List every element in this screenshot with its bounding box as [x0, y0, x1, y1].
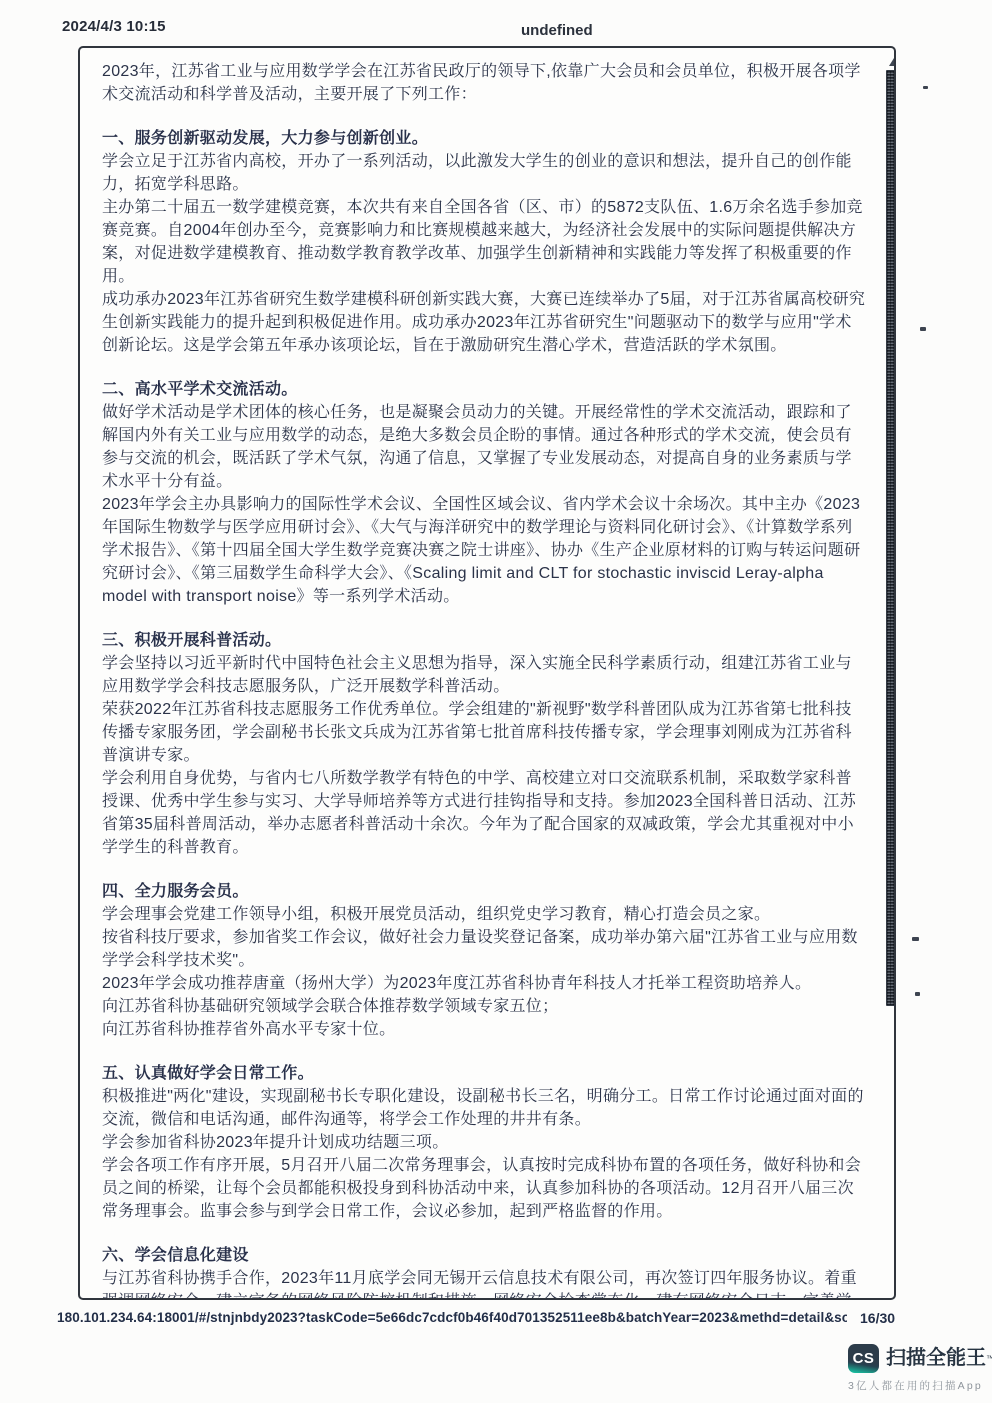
- section-1: 一、服务创新驱动发展，大力参与创新创业。 学会立足于江苏省内高校，开办了一系列活…: [102, 127, 866, 357]
- scrollbar-thumb[interactable]: [886, 70, 897, 1006]
- section-heading: 六、学会信息化建设: [102, 1244, 866, 1267]
- section-4: 四、全力服务会员。 学会理事会党建工作领导小组，积极开展党员活动，组织党史学习教…: [102, 880, 866, 1041]
- scan-speck: [912, 937, 919, 941]
- section-heading: 五、认真做好学会日常工作。: [102, 1062, 866, 1085]
- section-3: 三、积极开展科普活动。 学会坚持以习近平新时代中国特色社会主义思想为指导，深入实…: [102, 629, 866, 859]
- camscanner-tagline: 3亿人都在用的扫描App: [848, 1378, 980, 1393]
- document-frame: 2023年，江苏省工业与应用数学学会在江苏省民政厅的领导下,依靠广大会员和会员单…: [78, 46, 896, 1300]
- section-paragraph: 2023年学会成功推荐唐童（扬州大学）为2023年度江苏省科协青年科技人才托举工…: [102, 972, 866, 995]
- section-paragraph: 向江苏省科协推荐省外高水平专家十位。: [102, 1018, 866, 1041]
- section-paragraph: 学会各项工作有序开展，5月召开八届二次常务理事会，认真按时完成科协布置的各项任务…: [102, 1154, 866, 1223]
- section-heading: 四、全力服务会员。: [102, 880, 866, 903]
- section-paragraph: 与江苏省科协携手合作，2023年11月底学会同无锡开云信息技术有限公司，再次签订…: [102, 1267, 866, 1300]
- page-indicator: 16/30: [860, 1310, 895, 1326]
- camscanner-app-name-text: 扫描全能王: [886, 1347, 986, 1369]
- section-paragraph: 学会利用自身优势，与省内七八所数学教学有特色的中学、高校建立对口交流联系机制，采…: [102, 767, 866, 859]
- camscanner-logo-text: CS: [853, 1350, 875, 1367]
- camscanner-watermark: CS 扫描全能王™ 3亿人都在用的扫描App: [848, 1344, 980, 1393]
- intro-paragraph: 2023年，江苏省工业与应用数学学会在江苏省民政厅的领导下,依靠广大会员和会员单…: [102, 60, 866, 106]
- section-paragraph: 2023年学会主办具影响力的国际性学术会议、全国性区域会议、省内学术会议十余场次…: [102, 493, 866, 608]
- section-5: 五、认真做好学会日常工作。 积极推进"两化"建设，实现副秘书长专职化建设，设副秘…: [102, 1062, 866, 1223]
- scan-speck: [923, 86, 928, 89]
- section-paragraph: 学会立足于江苏省内高校，开办了一系列活动，以此激发大学生的创业的意识和想法，提升…: [102, 150, 866, 196]
- section-paragraph: 学会坚持以习近平新时代中国特色社会主义思想为指导，深入实施全民科学素质行动，组建…: [102, 652, 866, 698]
- section-heading: 一、服务创新驱动发展，大力参与创新创业。: [102, 127, 866, 150]
- section-heading: 二、高水平学术交流活动。: [102, 378, 866, 401]
- camscanner-logo-icon: CS: [848, 1344, 879, 1373]
- section-paragraph: 按省科技厅要求，参加省奖工作会议，做好社会力量设奖登记备案，成功举办第六届"江苏…: [102, 926, 866, 972]
- section-paragraph: 向江苏省科协基础研究领域学会联合体推荐数学领域专家五位；: [102, 995, 866, 1018]
- section-2: 二、高水平学术交流活动。 做好学术活动是学术团体的核心任务，也是凝聚会员动力的关…: [102, 378, 866, 608]
- scan-speck: [915, 992, 920, 996]
- print-page-title: undefined: [521, 22, 593, 39]
- section-paragraph: 荣获2022年江苏省科技志愿服务工作优秀单位。学会组建的"新视野"数学科普团队成…: [102, 698, 866, 767]
- scrollbar-up-arrow-icon[interactable]: [889, 58, 897, 66]
- scrollbar[interactable]: [885, 58, 896, 1006]
- section-paragraph: 学会参加省科协2023年提升计划成功结题三项。: [102, 1131, 866, 1154]
- section-6: 六、学会信息化建设 与江苏省科协携手合作，2023年11月底学会同无锡开云信息技…: [102, 1244, 866, 1300]
- section-paragraph: 成功承办2023年江苏省研究生数学建模科研创新实践大赛，大赛已连续举办了5届，对…: [102, 288, 866, 357]
- section-paragraph: 学会理事会党建工作领导小组，积极开展党员活动，组织党史学习教育，精心打造会员之家…: [102, 903, 866, 926]
- section-heading: 三、积极开展科普活动。: [102, 629, 866, 652]
- scan-speck: [920, 327, 926, 331]
- section-paragraph: 积极推进"两化"建设，实现副秘书长专职化建设，设副秘书长三名，明确分工。日常工作…: [102, 1085, 866, 1131]
- section-paragraph: 做好学术活动是学术团体的核心任务，也是凝聚会员动力的关键。开展经常性的学术交流活…: [102, 401, 866, 493]
- print-timestamp: 2024/4/3 10:15: [62, 18, 166, 35]
- camscanner-app-name: 扫描全能王™: [886, 1344, 992, 1373]
- footer-url: 180.101.234.64:18001/#/stnjnbdy2023?task…: [57, 1310, 847, 1325]
- section-paragraph: 主办第二十届五一数学建模竞赛，本次共有来自全国各省（区、市）的5872支队伍、1…: [102, 196, 866, 288]
- trademark-mark: ™: [986, 1354, 992, 1363]
